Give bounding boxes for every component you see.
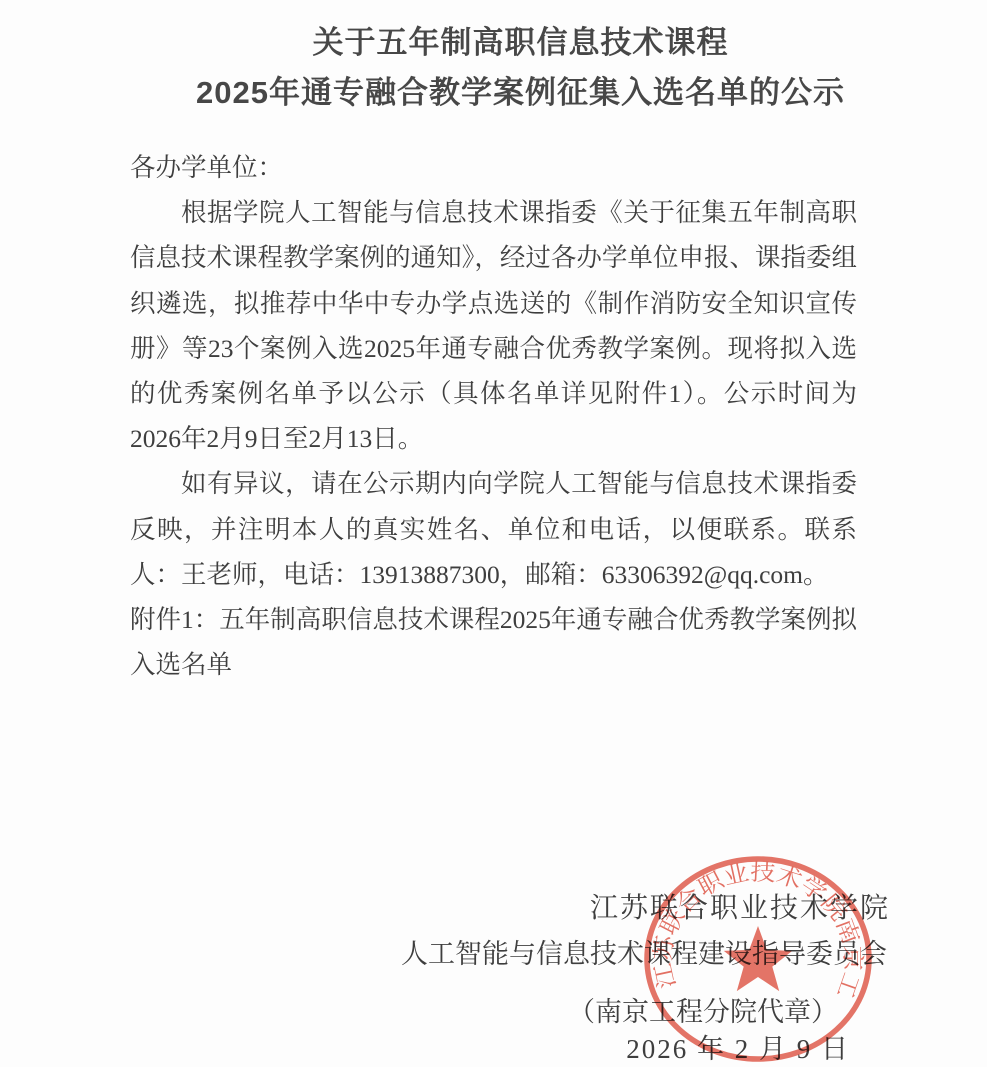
signature-org-line-3: （南京工程分院代章） xyxy=(568,990,838,1029)
paragraph-1: 根据学院人工智能与信息技术课指委《关于征集五年制高职信息技术课程教学案例的通知》… xyxy=(130,190,857,461)
document-page: 关于五年制高职信息技术课程 2025年通专融合教学案例征集入选名单的公示 各办学… xyxy=(0,0,987,1067)
attachment-note: 附件1：五年制高职信息技术课程2025年通专融合优秀教学案例拟入选名单 xyxy=(130,597,857,687)
signature-date: 2026 年 2 月 9 日 xyxy=(626,1027,850,1066)
document-title: 关于五年制高职信息技术课程 2025年通专融合教学案例征集入选名单的公示 xyxy=(54,18,987,118)
signature-org-line-1: 江苏联合职业技术学院 xyxy=(590,886,890,926)
title-line-1: 关于五年制高职信息技术课程 xyxy=(54,18,987,68)
seal-ring-text: 江苏联合职业技术学院南京工程分院 xyxy=(638,852,865,1001)
paragraph-2: 如有异议，请在公示期内向学院人工智能与信息技术课指委反映，并注明本人的真实姓名、… xyxy=(130,461,857,597)
signature-org-line-2: 人工智能与信息技术课程建设指导委员会 xyxy=(401,932,887,971)
title-line-2: 2025年通专融合教学案例征集入选名单的公示 xyxy=(54,68,987,118)
document-body: 各办学单位： 根据学院人工智能与信息技术课指委《关于征集五年制高职信息技术课程教… xyxy=(130,145,857,687)
salutation: 各办学单位： xyxy=(130,145,857,190)
